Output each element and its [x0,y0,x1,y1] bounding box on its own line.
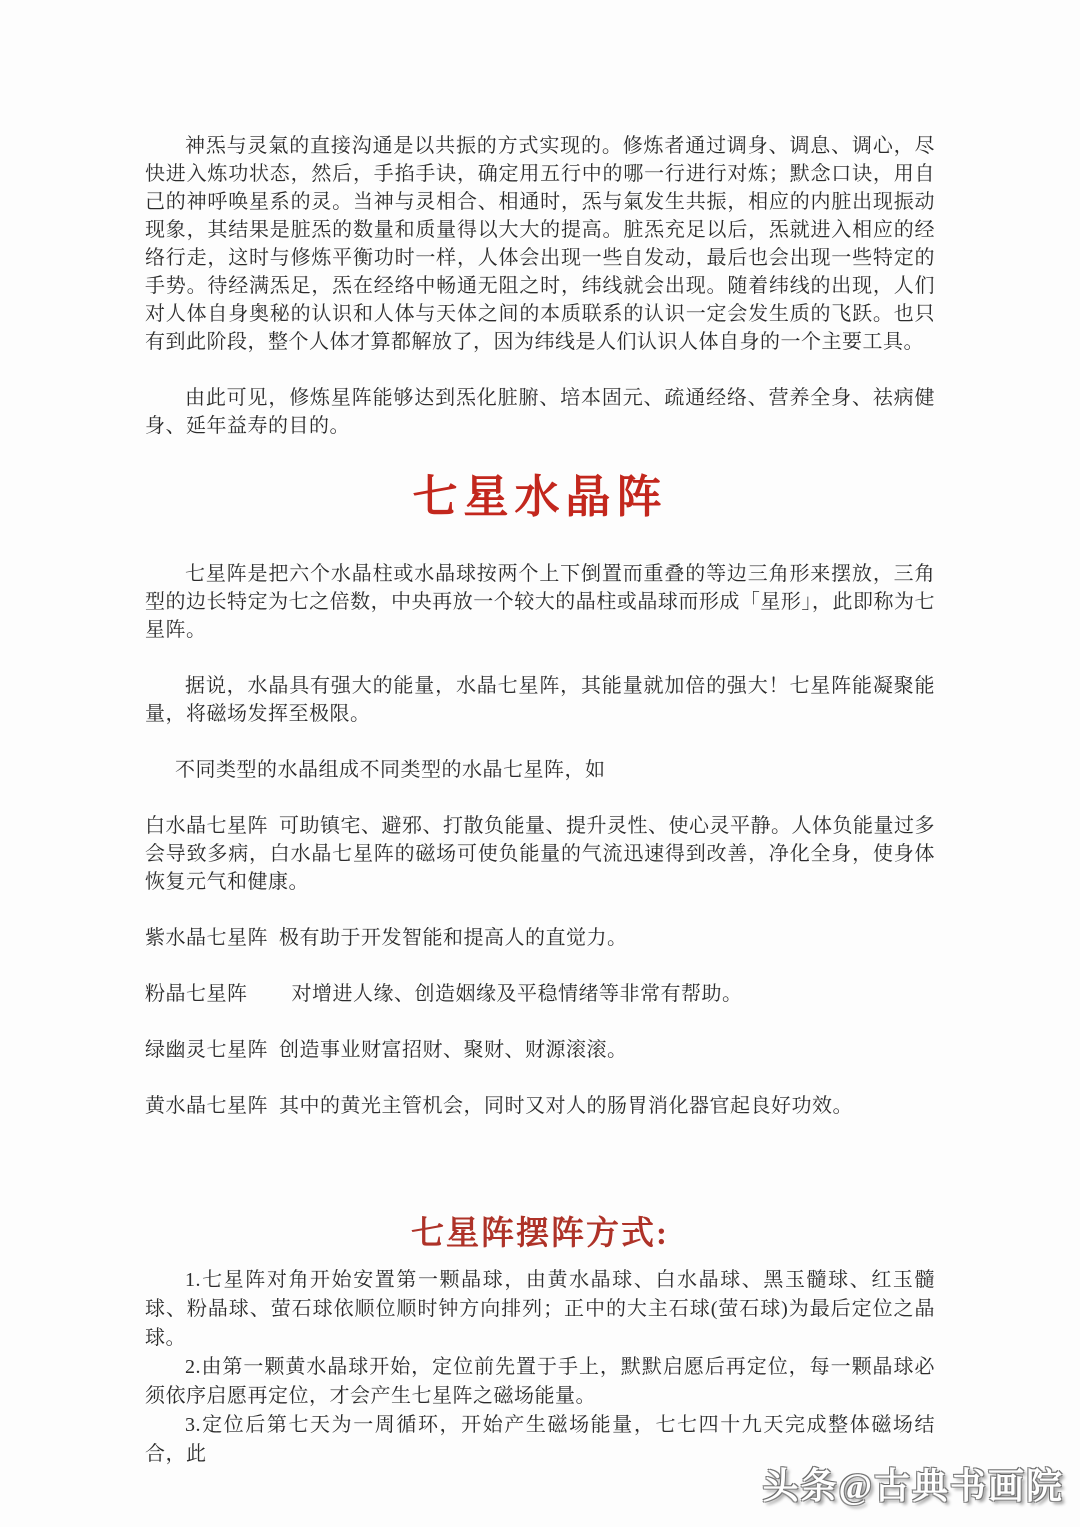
crystal-item-name: 黄水晶七星阵 [145,1095,268,1117]
crystal-item-desc: 创造事业财富招财、聚财、财源滚滚。 [279,1039,628,1061]
crystal-item-name: 白水晶七星阵 [145,815,268,837]
intro-paragraph-1: 神炁与灵氣的直接沟通是以共振的方式实现的。修炼者通过调身、调息、调心，尽快进入炼… [145,132,935,356]
crystal-item-amethyst: 紫水晶七星阵极有助于开发智能和提高人的直觉力。 [145,924,935,952]
crystal-item-name: 绿幽灵七星阵 [145,1039,268,1061]
toutiao-watermark: 头条@古典书画院 [763,1458,1065,1509]
crystal-definition-paragraph: 七星阵是把六个水晶柱或水晶球按两个上下倒置而重叠的等边三角形来摆放，三角型的边长… [145,560,935,644]
crystal-energy-paragraph: 据说，水晶具有强大的能量，水晶七星阵，其能量就加倍的强大！七星阵能凝聚能量，将磁… [145,672,935,728]
crystal-item-name: 粉晶七星阵 [145,983,248,1005]
section-title-crystal-array: 七星水晶阵 [145,470,935,524]
intro-paragraph-2: 由此可见，修炼星阵能够达到炁化脏腑、培本固元、疏通经络、营养全身、祛病健身、延年… [145,384,935,440]
crystal-item-desc: 对增进人缘、创造姻缘及平稳情绪等非常有帮助。 [292,983,743,1005]
crystal-item-rose: 粉晶七星阵对增进人缘、创造姻缘及平稳情绪等非常有帮助。 [145,980,935,1008]
step-1: 1.七星阵对角开始安置第一颗晶球，由黄水晶球、白水晶球、黑玉髓球、红玉髓球、粉晶… [145,1266,935,1353]
crystal-item-desc: 其中的黄光主管机会，同时又对人的肠胃消化器官起良好功效。 [279,1095,853,1117]
document-page: 神炁与灵氣的直接沟通是以共振的方式实现的。修炼者通过调身、调息、调心，尽快进入炼… [0,0,1080,1527]
arrangement-steps: 1.七星阵对角开始安置第一颗晶球，由黄水晶球、白水晶球、黑玉髓球、红玉髓球、粉晶… [145,1266,935,1469]
section-title-arrangement-method: 七星阵摆阵方式: [145,1214,935,1254]
document-body: 神炁与灵氣的直接沟通是以共振的方式实现的。修炼者通过调身、调息、调心，尽快进入炼… [145,132,935,1469]
crystal-item-citrine: 黄水晶七星阵其中的黄光主管机会，同时又对人的肠胃消化器官起良好功效。 [145,1092,935,1120]
crystal-item-name: 紫水晶七星阵 [145,927,268,949]
crystal-item-green-phantom: 绿幽灵七星阵创造事业财富招财、聚财、财源滚滚。 [145,1036,935,1064]
crystal-item-desc: 极有助于开发智能和提高人的直觉力。 [279,927,628,949]
crystal-types-intro: 不同类型的水晶组成不同类型的水晶七星阵，如 [145,756,935,784]
step-2: 2.由第一颗黄水晶球开始，定位前先置于手上，默默启愿后再定位，每一颗晶球必须依序… [145,1353,935,1411]
crystal-item-white: 白水晶七星阵可助镇宅、避邪、打散负能量、提升灵性、使心灵平静。人体负能量过多会导… [145,812,935,896]
